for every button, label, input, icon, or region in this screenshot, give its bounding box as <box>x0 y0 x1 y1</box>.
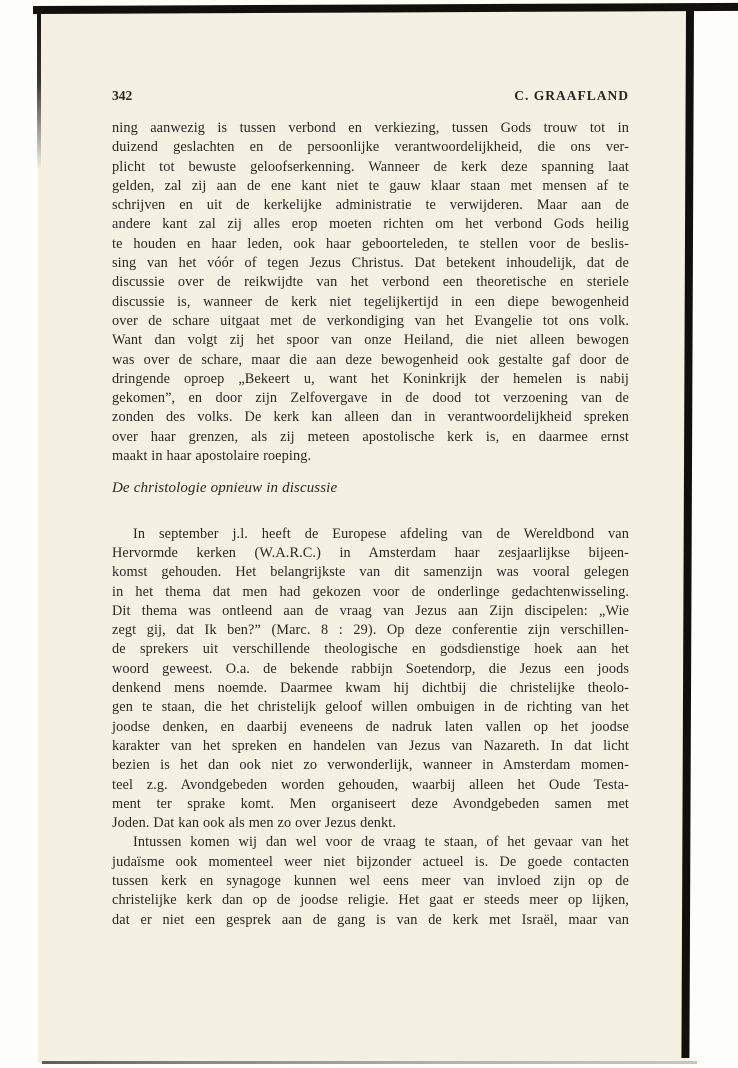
text-line: maakt in haar apostolaire roeping. <box>112 447 629 466</box>
text-line: over de schare uitgaat met de verkondigi… <box>112 312 629 331</box>
text-line: dringende oproep „Bekeert u, want het Ko… <box>112 370 629 389</box>
text-line: Intussen komen wij dan wel voor de vraag… <box>112 833 629 852</box>
text-line: zegt gij, dat Ik ben?” (Marc. 8 : 29). O… <box>112 621 629 640</box>
text-line: in het thema dat men had gekozen voor de… <box>112 583 629 602</box>
text-line: woord geweest. O.a. de bekende rabbijn S… <box>112 660 629 679</box>
text-line: komst gehouden. Het belangrijkste van di… <box>112 563 629 582</box>
text-line: discussie over de reikwijdte van het ver… <box>112 273 629 292</box>
text-line: duizend geslachten en de persoonlijke ve… <box>112 138 629 157</box>
text-line: christelijke kerk dan op de joodse relig… <box>112 891 629 910</box>
text-line: zonden des volks. De kerk kan alleen dan… <box>112 408 629 427</box>
text-line: gekomen”, en door zijn Zelfovergave in d… <box>112 389 629 408</box>
text-line: de sprekers uit verschillende theologisc… <box>112 640 629 659</box>
text-line: tussen kerk en synagoge kunnen wel eens … <box>112 872 629 891</box>
text-line: In september j.l. heeft de Europese afde… <box>112 525 629 544</box>
text-line: Dit thema was ontleend aan de vraag van … <box>112 602 629 621</box>
text-line: schrijven en uit de kerkelijke administr… <box>112 196 629 215</box>
page-header: 342 C. GRAAFLAND <box>112 88 629 104</box>
text-line: teel z.g. Avondgebeden worden gehouden, … <box>112 776 629 795</box>
scan-edge-left <box>37 10 41 170</box>
text-line: judaïsme ook momenteel weer niet bijzond… <box>112 853 629 872</box>
text-line: plicht tot bewuste geloofserkenning. Wan… <box>112 158 629 177</box>
text-line: dat er niet een gesprek aan de gang is v… <box>112 911 629 930</box>
text-line: Want dan volgt zij het spoor van onze He… <box>112 331 629 350</box>
text-line: Joden. Dat kan ook als men zo over Jezus… <box>112 814 629 833</box>
text-line: ment ter sprake komt. Men organiseert de… <box>112 795 629 814</box>
text-line: gen te staan, die het christelijk geloof… <box>112 698 629 717</box>
paragraph-3: Intussen komen wij dan wel voor de vraag… <box>112 833 629 929</box>
paragraph-2: In september j.l. heeft de Europese afde… <box>112 525 629 834</box>
body-text: ning aanwezig is tussen verbond en verki… <box>112 119 629 930</box>
text-line: denkend mens noemde. Daarmee kwam hij di… <box>112 679 629 698</box>
running-title: C. GRAAFLAND <box>514 88 629 104</box>
text-line: sing van het vóór of tegen Jezus Christu… <box>112 254 629 273</box>
section-heading: De christologie opnieuw in discussie <box>112 479 629 498</box>
text-line: andere kant zal zij alles erop moeten ri… <box>112 215 629 234</box>
text-line: bezien is het dan ook niet zo verwonderl… <box>112 756 629 775</box>
paragraph-continuation: ning aanwezig is tussen verbond en verki… <box>112 119 629 466</box>
text-line: joodse denken, en daarbij eveneens de na… <box>112 718 629 737</box>
text-line: te houden en haar leden, ook haar geboor… <box>112 235 629 254</box>
text-line: was over de schare, maar die aan deze be… <box>112 351 629 370</box>
text-line: Hervormde kerken (W.A.R.C.) in Amsterdam… <box>112 544 629 563</box>
text-line: karakter van het spreken en handelen van… <box>112 737 629 756</box>
text-line: gelden, zal zij aan de ene kant niet te … <box>112 177 629 196</box>
text-line: ning aanwezig is tussen verbond en verki… <box>112 119 629 138</box>
page-number: 342 <box>112 88 132 104</box>
text-line: discussie is, wanneer de kerk niet tegel… <box>112 293 629 312</box>
scan-edge-bottom <box>42 1061 697 1064</box>
text-line: over haar grenzen, als zij meteen aposto… <box>112 428 629 447</box>
